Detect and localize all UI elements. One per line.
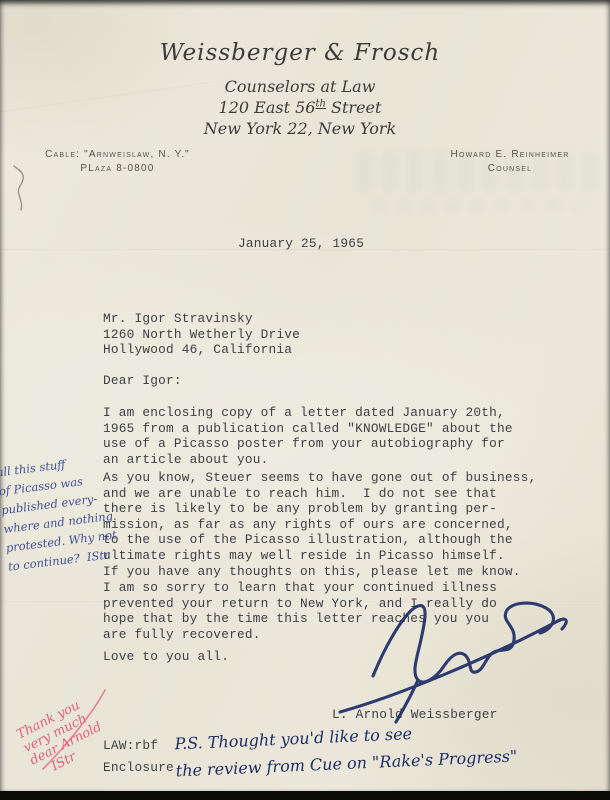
street-ordinal-suffix: th — [315, 99, 325, 110]
cable-line: Cable: "Arnweislaw, N. Y." — [30, 148, 205, 162]
margin-note-blue: all this stuff of Picasso was published … — [0, 449, 127, 577]
red-pen-stroke — [35, 685, 115, 775]
show-through-ghost — [366, 198, 586, 212]
salutation: Dear Igor: — [103, 373, 182, 389]
recipient-address: Mr. Igor Stravinsky 1260 North Wetherly … — [103, 311, 300, 358]
signature-stroke-letters — [373, 603, 553, 682]
scanned-letter: Weissberger & Frosch Counselors at Law 1… — [0, 0, 610, 800]
cable-address-block: Cable: "Arnweislaw, N. Y." PLaza 8-0800 — [30, 148, 205, 176]
body-paragraph-2: As you know, Steuer seems to have gone o… — [103, 470, 536, 579]
letterhead-subtitle: Counselors at Law — [0, 77, 600, 96]
counsel-block: Howard E. Reinheimer Counsel — [430, 148, 590, 176]
signature-ink — [318, 598, 583, 726]
letterhead-street: 120 East 56th Street — [0, 98, 600, 117]
street-name: Street — [326, 98, 382, 117]
signature-stroke-tail — [396, 680, 418, 722]
counsel-name: Howard E. Reinheimer — [430, 148, 590, 162]
body-paragraph-1: I am enclosing copy of a letter dated Ja… — [103, 405, 513, 467]
phone-line: PLaza 8-0800 — [30, 162, 205, 176]
letterhead-city: New York 22, New York — [0, 119, 600, 138]
counsel-title: Counsel — [430, 162, 590, 176]
closing-line: Love to you all. — [103, 649, 229, 665]
letterhead-firm-name: Weissberger & Frosch — [0, 40, 600, 66]
street-number: 120 East 56 — [219, 98, 316, 117]
date-line: January 25, 1965 — [238, 236, 364, 252]
signature-stroke-sweep — [340, 619, 566, 712]
